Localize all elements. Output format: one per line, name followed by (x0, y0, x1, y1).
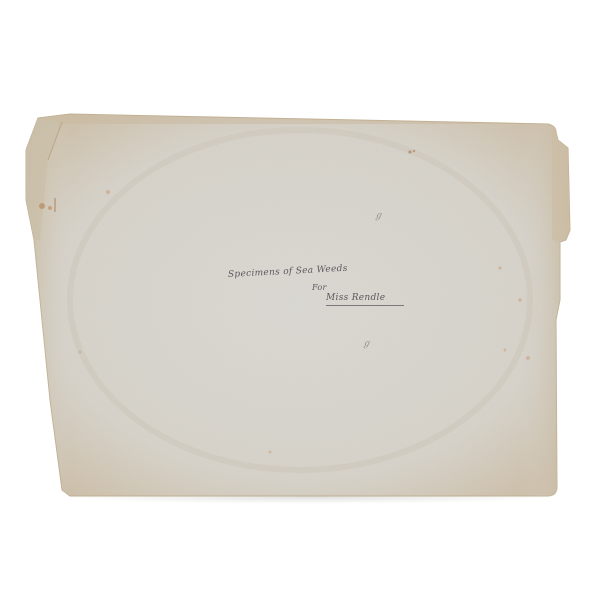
pencil-mark: ℊ (374, 208, 383, 221)
antique-paper-folder (0, 0, 600, 600)
pencil-mark: ℊ (362, 336, 371, 349)
inscription-line-2: For (312, 283, 327, 292)
photo-scene: Specimens of Sea Weeds For Miss Rendle ℊ… (0, 0, 600, 600)
inscription-line-3: Miss Rendle (326, 293, 404, 306)
